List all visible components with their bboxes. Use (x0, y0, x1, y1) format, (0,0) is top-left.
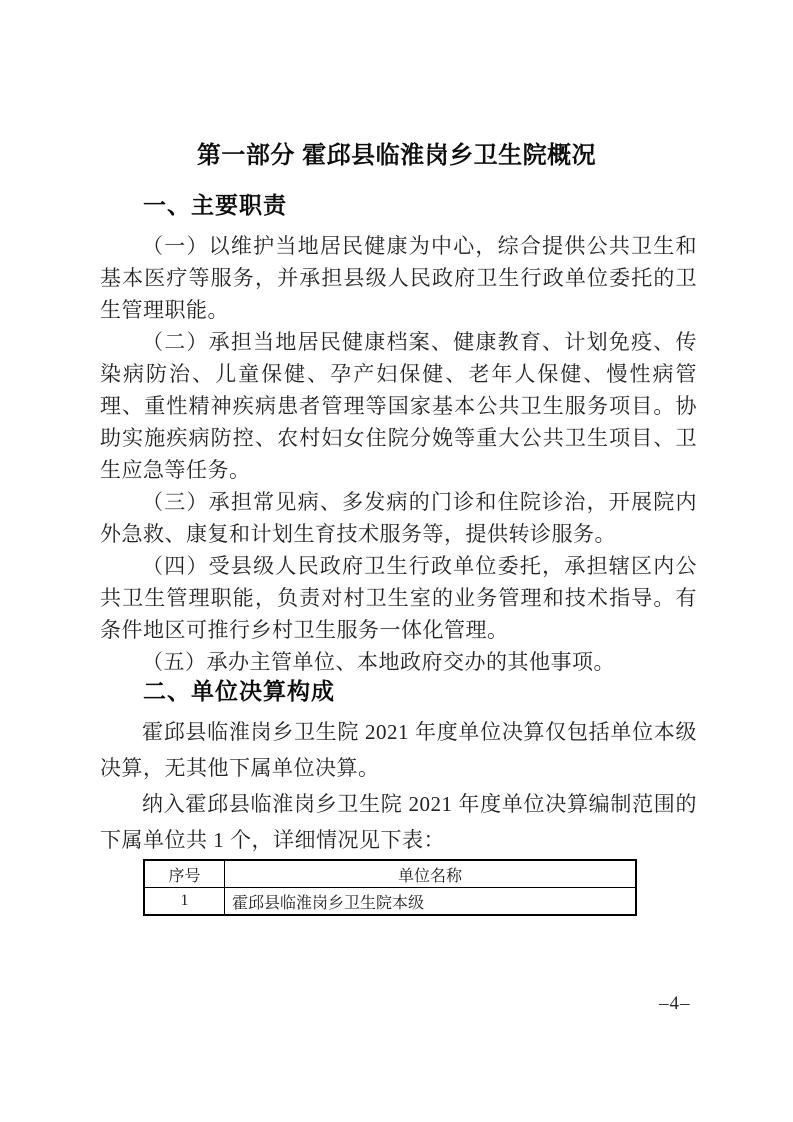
unit-list-table: 序号 单位名称 1 霍邱县临淮岗乡卫生院本级 (143, 859, 637, 916)
table-header-row: 序号 单位名称 (144, 860, 636, 888)
document-page: 第一部分 霍邱县临淮岗乡卫生院概况 一、主要职责 （一）以维护当地居民健康为中心… (0, 0, 793, 1122)
table-cell-index: 1 (144, 888, 225, 916)
responsibility-paragraph-3: （三）承担常见病、多发病的门诊和住院诊治，开展院内外急救、康复和计划生育技术服务… (100, 486, 697, 550)
document-title: 第一部分 霍邱县临淮岗乡卫生院概况 (0, 141, 793, 171)
section-1-heading: 一、主要职责 (143, 191, 287, 219)
responsibility-paragraph-1: （一）以维护当地居民健康为中心，综合提供公共卫生和基本医疗等服务，并承担县级人民… (100, 230, 697, 326)
table-cell-unit-name: 霍邱县临淮岗乡卫生院本级 (225, 888, 637, 916)
budget-composition-paragraph-2: 纳入霍邱县临淮岗乡卫生院 2021 年度单位决算编制范围的下属单位共 1 个，详… (100, 786, 697, 858)
section-1-body: （一）以维护当地居民健康为中心，综合提供公共卫生和基本医疗等服务，并承担县级人民… (100, 230, 697, 678)
responsibility-paragraph-2: （二）承担当地居民健康档案、健康教育、计划免疫、传染病防治、儿童保健、孕产妇保健… (100, 326, 697, 486)
table-header-unit-name: 单位名称 (225, 860, 637, 888)
section-2-heading: 二、单位决算构成 (143, 677, 335, 705)
table-header-index: 序号 (144, 860, 225, 888)
responsibility-paragraph-4: （四）受县级人民政府卫生行政单位委托，承担辖区内公共卫生管理职能，负责对村卫生室… (100, 550, 697, 646)
page-number: –4– (659, 993, 691, 1015)
section-2-body: 霍邱县临淮岗乡卫生院 2021 年度单位决算仅包括单位本级决算，无其他下属单位决… (100, 714, 697, 858)
budget-composition-paragraph-1: 霍邱县临淮岗乡卫生院 2021 年度单位决算仅包括单位本级决算，无其他下属单位决… (100, 714, 697, 786)
responsibility-paragraph-5: （五）承办主管单位、本地政府交办的其他事项。 (100, 646, 697, 678)
table-row: 1 霍邱县临淮岗乡卫生院本级 (144, 888, 636, 916)
